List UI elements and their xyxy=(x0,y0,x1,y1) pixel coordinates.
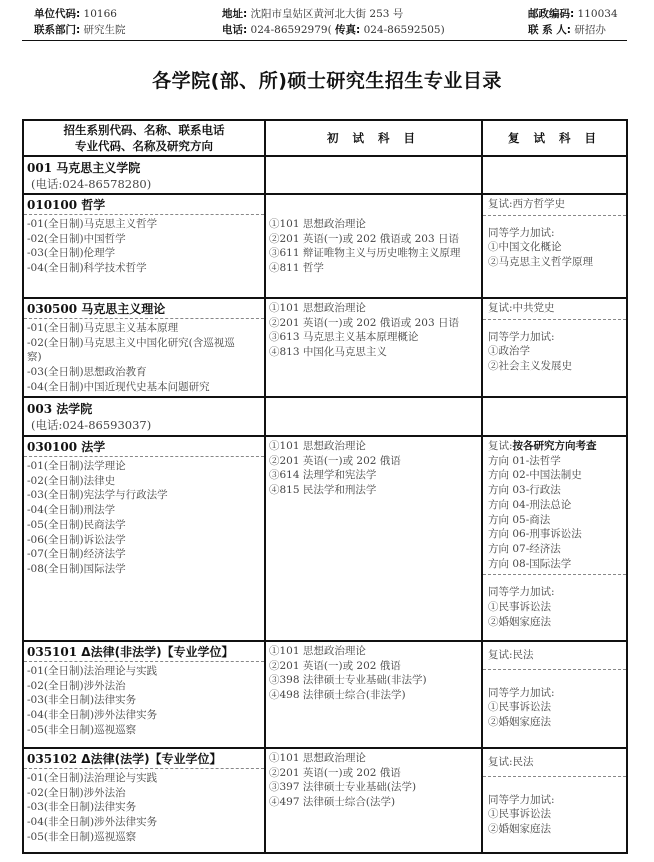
exam-item: ③611 辩证唯物主义与历史唯物主义原理 xyxy=(269,246,478,261)
direction-item: -07(全日制)经济法学 xyxy=(27,547,261,562)
exam-item: ②201 英语(一)或 202 俄语 xyxy=(269,659,478,674)
major-title: 010100 哲学 xyxy=(24,195,264,215)
retest-direction-item: 方向 04-刑法总论 xyxy=(488,498,621,513)
direction-list: -01(全日制)法治理论与实践 -02(全日制)涉外法治 -03(非全日制)法律… xyxy=(24,662,264,740)
equivalent-item: ①民事诉讼法 xyxy=(488,700,621,715)
major-row: 035101 Δ法律(非法学)【专业学位】 -01(全日制)法治理论与实践 -0… xyxy=(24,640,626,747)
retest-direction-item: 方向 06-刑事诉讼法 xyxy=(488,527,621,542)
retest-subject: 复试:西方哲学史 xyxy=(483,195,626,216)
direction-item: -02(全日制)法律史 xyxy=(27,474,261,489)
address-label: 地址: xyxy=(222,8,247,20)
exam-item: ④498 法律硕士综合(非法学) xyxy=(269,688,478,703)
retest-subject: 复试:中共党史 xyxy=(483,299,626,320)
exam-item: ③614 法理学和宪法学 xyxy=(269,468,478,483)
retest-value: 西方哲学史 xyxy=(513,198,566,210)
department-cell: 001 马克思主义学院 (电话:024-86578280) xyxy=(24,157,266,193)
equivalent-label: 同等学力加试: xyxy=(488,686,621,701)
major-cell: 030500 马克思主义理论 -01(全日制)马克思主义基本原理 -02(全日制… xyxy=(24,299,266,396)
retest-cell: 复试:按各研究方向考查 方向 01-法哲学 方向 02-中国法制史 方向 03-… xyxy=(483,437,626,640)
direction-item: -06(全日制)诉讼法学 xyxy=(27,533,261,548)
retest-label: 复试: xyxy=(488,756,513,768)
retest-cell: 复试:中共党史 同等学力加试: ①政治学 ②社会主义发展史 xyxy=(483,299,626,396)
direction-list: -01(全日制)法学理论 -02(全日制)法律史 -03(全日制)宪法学与行政法… xyxy=(24,457,264,579)
retest-direction-item: 方向 03-行政法 xyxy=(488,483,621,498)
contact-label: 联 系 人: xyxy=(528,24,571,36)
department-code: 003 xyxy=(27,402,52,416)
equivalent-exam: 同等学力加试: ①中国文化概论 ②马克思主义哲学原理 xyxy=(483,216,626,272)
exam-cell: ①101 思想政治理论 ②201 英语(一)或 202 俄语 ③614 法理学和… xyxy=(266,437,483,640)
retest-subject: 复试:民法 xyxy=(483,749,626,777)
exam-cell: ①101 思想政治理论 ②201 英语(一)或 202 俄语 ③398 法律硕士… xyxy=(266,642,483,747)
direction-item: -01(全日制)法治理论与实践 xyxy=(27,771,261,786)
department-title: 马克思主义学院 xyxy=(56,161,140,175)
department-label: 联系部门: xyxy=(34,24,80,36)
equivalent-item: ①民事诉讼法 xyxy=(488,600,621,615)
direction-item: -04(非全日制)涉外法律实务 xyxy=(27,815,261,830)
direction-item: -01(全日制)法学理论 xyxy=(27,459,261,474)
retest-subject: 复试:按各研究方向考查 方向 01-法哲学 方向 02-中国法制史 方向 03-… xyxy=(483,437,626,575)
equivalent-exam: 同等学力加试: ①民事诉讼法 ②婚姻家庭法 xyxy=(483,670,626,732)
contact-value: 研招办 xyxy=(574,24,606,36)
equivalent-label: 同等学力加试: xyxy=(488,793,621,808)
major-name: 马克思主义理论 xyxy=(81,302,165,316)
major-row: 010100 哲学 -01(全日制)马克思主义哲学 -02(全日制)中国哲学 -… xyxy=(24,193,626,297)
equivalent-item: ②婚姻家庭法 xyxy=(488,615,621,630)
retest-cell: 复试:民法 同等学力加试: ①民事诉讼法 ②婚姻家庭法 xyxy=(483,749,626,852)
equivalent-exam: 同等学力加试: ①民事诉讼法 ②婚姻家庭法 xyxy=(483,777,626,839)
department-phone: (电话:024-86593037) xyxy=(24,417,264,435)
phone-label: 电话: xyxy=(222,24,247,36)
equivalent-label: 同等学力加试: xyxy=(488,226,621,241)
exam-item: ②201 英语(一)或 202 俄语或 203 日语 xyxy=(269,316,478,331)
direction-item: -03(全日制)宪法学与行政法学 xyxy=(27,488,261,503)
direction-item: -04(全日制)刑法学 xyxy=(27,503,261,518)
major-cell: 010100 哲学 -01(全日制)马克思主义哲学 -02(全日制)中国哲学 -… xyxy=(24,195,266,297)
header-col-retest: 复 试 科 目 xyxy=(483,121,626,155)
contact-department: 联系部门: 研究生院 xyxy=(34,22,126,38)
direction-list: -01(全日制)马克思主义哲学 -02(全日制)中国哲学 -03(全日制)伦理学… xyxy=(24,215,264,278)
direction-item: -05(非全日制)巡视巡察 xyxy=(27,830,261,845)
equivalent-label: 同等学力加试: xyxy=(488,585,621,600)
retest-direction-item: 方向 07-经济法 xyxy=(488,542,621,557)
exam-item: ①101 思想政治理论 xyxy=(269,217,478,232)
empty-cell xyxy=(483,398,626,435)
direction-item: -03(全日制)思想政治教育 xyxy=(27,365,261,380)
exam-cell: ①101 思想政治理论 ②201 英语(一)或 202 俄语 ③397 法律硕士… xyxy=(266,749,483,852)
exam-cell: ①101 思想政治理论 ②201 英语(一)或 202 俄语或 203 日语 ③… xyxy=(266,195,483,297)
major-code: 010100 xyxy=(27,198,77,212)
exam-list: ①101 思想政治理论 ②201 英语(一)或 202 俄语 ③398 法律硕士… xyxy=(266,642,481,705)
equivalent-item: ①民事诉讼法 xyxy=(488,807,621,822)
page-title: 各学院(部、所)硕士研究生招生专业目录 xyxy=(0,66,654,93)
retest-value: 民法 xyxy=(513,649,534,661)
exam-list: ①101 思想政治理论 ②201 英语(一)或 202 俄语 ③397 法律硕士… xyxy=(266,749,481,812)
retest-label: 复试: xyxy=(488,198,513,210)
empty-cell xyxy=(266,157,483,193)
retest-value: 民法 xyxy=(513,756,534,768)
retest-label: 复试: xyxy=(488,649,513,661)
fax-label: 传真: xyxy=(335,24,360,36)
equivalent-exam: 同等学力加试: ①政治学 ②社会主义发展史 xyxy=(483,320,626,376)
unit-code-value: 10166 xyxy=(84,8,117,20)
retest-subject: 复试:民法 xyxy=(483,642,626,670)
major-cell: 030100 法学 -01(全日制)法学理论 -02(全日制)法律史 -03(全… xyxy=(24,437,266,640)
major-title: 030100 法学 xyxy=(24,437,264,457)
major-row: 030500 马克思主义理论 -01(全日制)马克思主义基本原理 -02(全日制… xyxy=(24,297,626,396)
empty-cell xyxy=(483,157,626,193)
direction-item: -02(全日制)涉外法治 xyxy=(27,786,261,801)
unit-code-label: 单位代码: xyxy=(34,8,80,20)
retest-direction-item: 方向 01-法哲学 xyxy=(488,454,621,469)
major-name: Δ法律(法学)【专业学位】 xyxy=(81,752,221,766)
exam-list: ①101 思想政治理论 ②201 英语(一)或 202 俄语 ③614 法理学和… xyxy=(266,437,481,500)
retest-direction-item: 方向 02-中国法制史 xyxy=(488,468,621,483)
exam-item: ④813 中国化马克思主义 xyxy=(269,345,478,360)
major-title: 035101 Δ法律(非法学)【专业学位】 xyxy=(24,642,264,662)
exam-list: ①101 思想政治理论 ②201 英语(一)或 202 俄语或 203 日语 ③… xyxy=(266,299,481,362)
exam-item: ③613 马克思主义基本原理概论 xyxy=(269,330,478,345)
catalog-table: 招生系别代码、名称、联系电话 专业代码、名称及研究方向 初 试 科 目 复 试 … xyxy=(22,119,628,854)
department-value: 研究生院 xyxy=(84,24,126,36)
equivalent-item: ②婚姻家庭法 xyxy=(488,715,621,730)
direction-item: -04(全日制)科学技术哲学 xyxy=(27,261,261,276)
department-phone: (电话:024-86578280) xyxy=(24,176,264,194)
postcode-value: 110034 xyxy=(578,8,618,20)
department-cell: 003 法学院 (电话:024-86593037) xyxy=(24,398,266,435)
exam-item: ②201 英语(一)或 202 俄语或 203 日语 xyxy=(269,232,478,247)
department-name: 001 马克思主义学院 xyxy=(24,157,264,176)
exam-item: ①101 思想政治理论 xyxy=(269,439,478,454)
department-row: 001 马克思主义学院 (电话:024-86578280) xyxy=(24,155,626,193)
major-code: 030500 xyxy=(27,302,77,316)
major-name: Δ法律(非法学)【专业学位】 xyxy=(81,645,233,659)
retest-value: 中共党史 xyxy=(513,302,555,314)
empty-cell xyxy=(266,398,483,435)
equivalent-item: ②婚姻家庭法 xyxy=(488,822,621,837)
direction-item: -01(全日制)法治理论与实践 xyxy=(27,664,261,679)
retest-direction-item: 方向 05-商法 xyxy=(488,513,621,528)
unit-code: 单位代码: 10166 xyxy=(34,6,117,22)
direction-item: -05(全日制)民商法学 xyxy=(27,518,261,533)
fax-value: 024-86592505) xyxy=(364,24,445,36)
exam-item: ①101 思想政治理论 xyxy=(269,751,478,766)
direction-item: 察) xyxy=(27,350,261,365)
postcode: 邮政编码: 110034 xyxy=(528,6,618,22)
exam-item: ②201 英语(一)或 202 俄语 xyxy=(269,766,478,781)
direction-item: -02(全日制)中国哲学 xyxy=(27,232,261,247)
header-col-major-line1: 招生系别代码、名称、联系电话 xyxy=(64,122,225,138)
direction-item: -08(全日制)国际法学 xyxy=(27,562,261,577)
direction-item: -03(全日制)伦理学 xyxy=(27,246,261,261)
phone-fax: 电话: 024-86592979( 传真: 024-86592505) xyxy=(222,22,445,38)
retest-cell: 复试:民法 同等学力加试: ①民事诉讼法 ②婚姻家庭法 xyxy=(483,642,626,747)
major-title: 030500 马克思主义理论 xyxy=(24,299,264,319)
contact-person: 联 系 人: 研招办 xyxy=(528,22,606,38)
major-cell: 035101 Δ法律(非法学)【专业学位】 -01(全日制)法治理论与实践 -0… xyxy=(24,642,266,747)
header-divider xyxy=(22,40,627,41)
direction-item: -02(全日制)涉外法治 xyxy=(27,679,261,694)
equivalent-item: ②马克思主义哲学原理 xyxy=(488,255,621,270)
direction-item: -04(非全日制)涉外法律实务 xyxy=(27,708,261,723)
major-code: 030100 xyxy=(27,440,77,454)
major-name: 法学 xyxy=(81,440,105,454)
direction-item: -02(全日制)马克思主义中国化研究(含巡视巡 xyxy=(27,336,261,351)
major-code: 035102 xyxy=(27,752,77,766)
major-row: 030100 法学 -01(全日制)法学理论 -02(全日制)法律史 -03(全… xyxy=(24,435,626,640)
phone-value: 024-86592979( xyxy=(251,24,332,36)
exam-item: ④497 法律硕士综合(法学) xyxy=(269,795,478,810)
header-col-initial-exam: 初 试 科 目 xyxy=(266,121,483,155)
direction-item: -01(全日制)马克思主义基本原理 xyxy=(27,321,261,336)
exam-item: ④815 民法学和刑法学 xyxy=(269,483,478,498)
major-title: 035102 Δ法律(法学)【专业学位】 xyxy=(24,749,264,769)
major-cell: 035102 Δ法律(法学)【专业学位】 -01(全日制)法治理论与实践 -02… xyxy=(24,749,266,852)
equivalent-item: ①中国文化概论 xyxy=(488,240,621,255)
equivalent-item: ①政治学 xyxy=(488,344,621,359)
equivalent-label: 同等学力加试: xyxy=(488,330,621,345)
retest-label: 复试: xyxy=(488,440,513,452)
department-title: 法学院 xyxy=(56,402,92,416)
retest-label: 复试: xyxy=(488,302,513,314)
direction-list: -01(全日制)马克思主义基本原理 -02(全日制)马克思主义中国化研究(含巡视… xyxy=(24,319,264,397)
address-value: 沈阳市皇姑区黄河北大街 253 号 xyxy=(251,8,404,20)
major-row: 035102 Δ法律(法学)【专业学位】 -01(全日制)法治理论与实践 -02… xyxy=(24,747,626,852)
retest-cell: 复试:西方哲学史 同等学力加试: ①中国文化概论 ②马克思主义哲学原理 xyxy=(483,195,626,297)
equivalent-exam: 同等学力加试: ①民事诉讼法 ②婚姻家庭法 xyxy=(483,575,626,631)
exam-item: ③398 法律硕士专业基础(非法学) xyxy=(269,673,478,688)
exam-list: ①101 思想政治理论 ②201 英语(一)或 202 俄语或 203 日语 ③… xyxy=(266,195,481,278)
exam-item: ①101 思想政治理论 xyxy=(269,644,478,659)
address: 地址: 沈阳市皇姑区黄河北大街 253 号 xyxy=(222,6,403,22)
retest-direction-item: 方向 08-国际法学 xyxy=(488,557,621,572)
direction-item: -03(非全日制)法律实务 xyxy=(27,800,261,815)
exam-item: ②201 英语(一)或 202 俄语 xyxy=(269,454,478,469)
exam-item: ③397 法律硕士专业基础(法学) xyxy=(269,780,478,795)
header-col-major: 招生系别代码、名称、联系电话 专业代码、名称及研究方向 xyxy=(24,121,266,155)
department-name: 003 法学院 xyxy=(24,398,264,417)
direction-item: -01(全日制)马克思主义哲学 xyxy=(27,217,261,232)
postcode-label: 邮政编码: xyxy=(528,8,574,20)
equivalent-item: ②社会主义发展史 xyxy=(488,359,621,374)
table-header-row: 招生系别代码、名称、联系电话 专业代码、名称及研究方向 初 试 科 目 复 试 … xyxy=(24,121,626,155)
exam-item: ①101 思想政治理论 xyxy=(269,301,478,316)
department-row: 003 法学院 (电话:024-86593037) xyxy=(24,396,626,435)
direction-item: -05(非全日制)巡视巡察 xyxy=(27,723,261,738)
header-col-major-line2: 专业代码、名称及研究方向 xyxy=(64,138,225,154)
major-code: 035101 xyxy=(27,645,77,659)
direction-list: -01(全日制)法治理论与实践 -02(全日制)涉外法治 -03(非全日制)法律… xyxy=(24,769,264,847)
exam-cell: ①101 思想政治理论 ②201 英语(一)或 202 俄语或 203 日语 ③… xyxy=(266,299,483,396)
retest-value: 按各研究方向考查 xyxy=(513,440,597,452)
department-code: 001 xyxy=(27,161,52,175)
exam-item: ④811 哲学 xyxy=(269,261,478,276)
major-name: 哲学 xyxy=(81,198,105,212)
direction-item: -04(全日制)中国近现代史基本问题研究 xyxy=(27,380,261,395)
direction-item: -03(非全日制)法律实务 xyxy=(27,693,261,708)
